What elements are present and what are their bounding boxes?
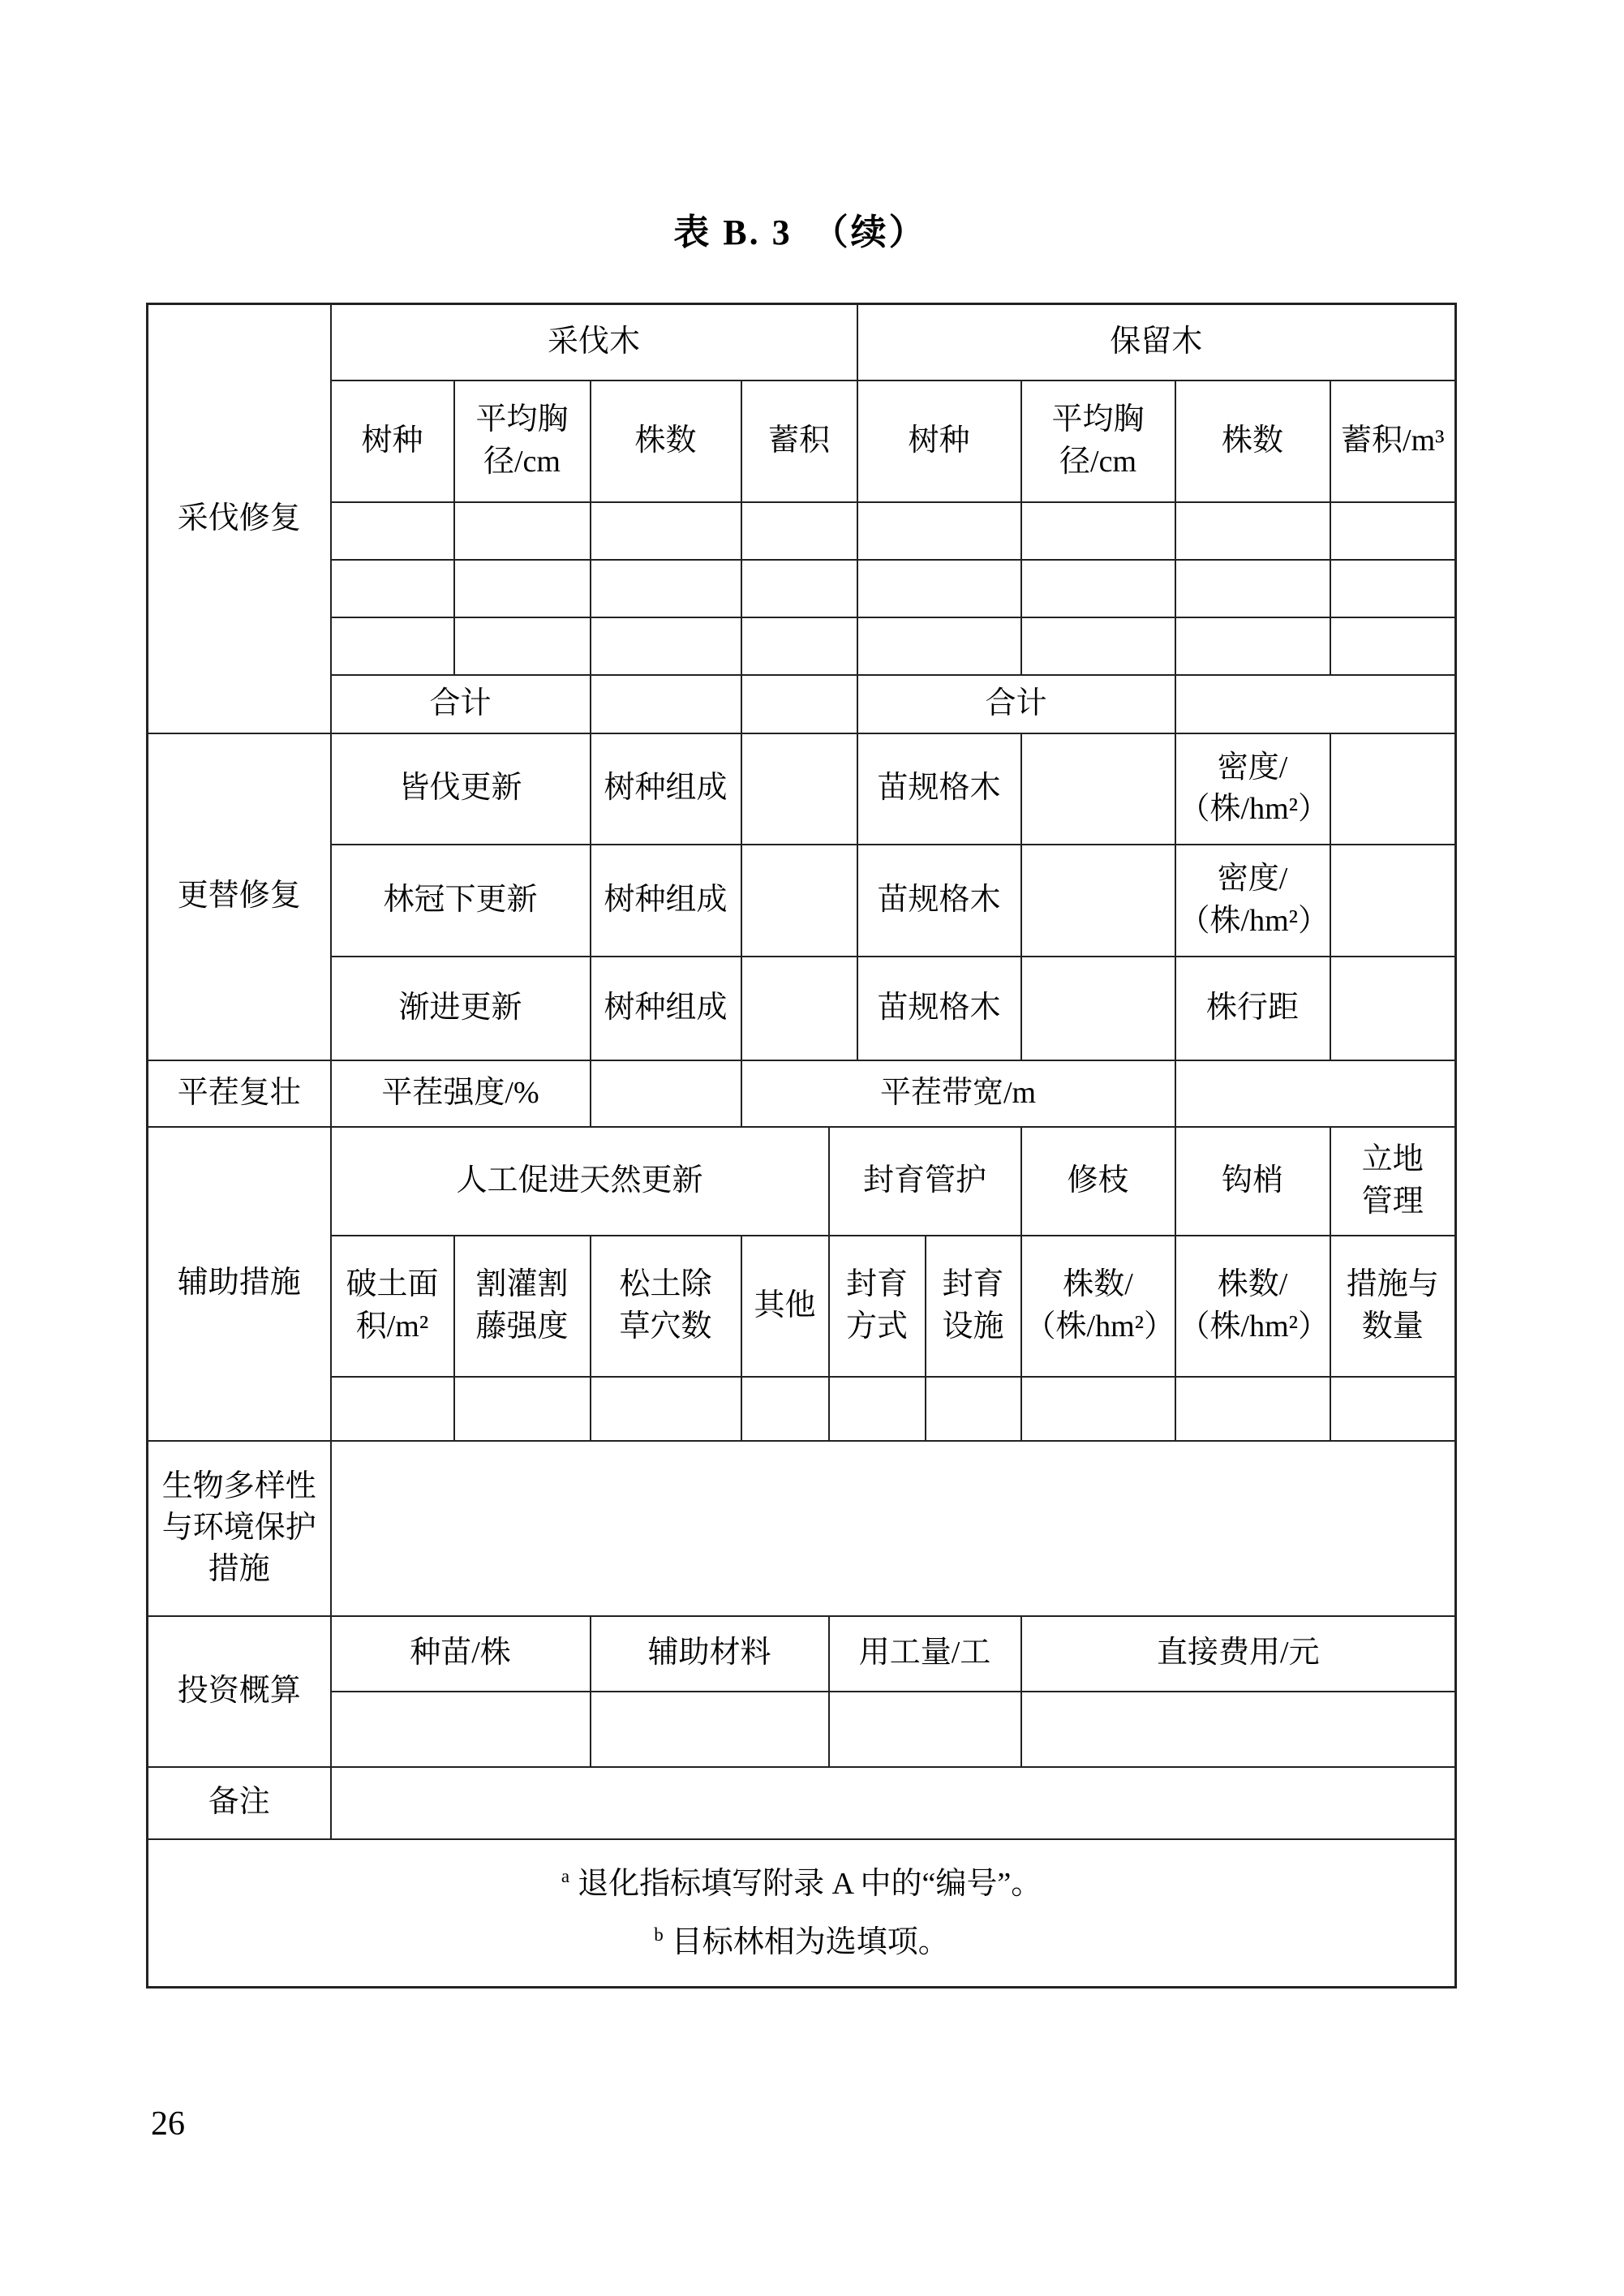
empty-cell	[741, 1377, 829, 1441]
header-row-groups: 采伐修复 采伐木 保留木	[148, 304, 1456, 381]
empty-cell	[857, 617, 1021, 675]
footnote-b-text: 目标林相为选填项。	[672, 1925, 949, 1959]
replace-row-gradual: 渐进更新 树种组成 苗规格木 株行距	[148, 957, 1456, 1060]
empty-cell	[1175, 502, 1330, 560]
footnotes-row: a退化指标填写附录 A 中的“编号”。 b目标林相为选填项。	[148, 1839, 1456, 1988]
col-header-species-retained: 树种	[857, 381, 1021, 502]
section-label-coppicing: 平茬复壮	[148, 1060, 331, 1127]
empty-cell	[1175, 675, 1456, 733]
empty-cell	[1021, 560, 1175, 617]
col-direct-cost: 直接费用/元	[1021, 1616, 1456, 1692]
sub-col-shrub-vine-cutting: 割灌割 藤强度	[454, 1236, 591, 1377]
empty-cell	[1330, 560, 1456, 617]
density-label: 密度/ （株/hm²）	[1175, 733, 1330, 845]
species-composition-label: 树种组成	[591, 845, 741, 957]
empty-cell	[591, 502, 741, 560]
empty-cell	[591, 1377, 741, 1441]
col-header-volume-felled: 蓄积	[741, 381, 857, 502]
col-header-count-retained: 株数	[1175, 381, 1330, 502]
group-header-retained-trees: 保留木	[857, 304, 1456, 381]
group-site-management: 立地 管理	[1330, 1127, 1456, 1236]
replace-row-clearcut: 更替修复 皆伐更新 树种组成 苗规格木 密度/ （株/hm²）	[148, 733, 1456, 845]
empty-cell	[741, 675, 857, 733]
coppicing-row: 平茬复壮 平茬强度/% 平茬带宽/m	[148, 1060, 1456, 1127]
empty-cell	[591, 675, 741, 733]
empty-cell	[331, 1767, 1456, 1839]
page-number: 26	[151, 2105, 185, 2143]
replace-mode: 林冠下更新	[331, 845, 591, 957]
replace-mode: 皆伐更新	[331, 733, 591, 845]
empty-cell	[741, 560, 857, 617]
empty-cell	[1021, 617, 1175, 675]
form-table: 采伐修复 采伐木 保留木 树种 平均胸 径/cm 株数 蓄积 树种 平均胸 径/…	[146, 303, 1457, 1989]
species-composition-label: 树种组成	[591, 733, 741, 845]
empty-cell	[1175, 1060, 1456, 1127]
empty-cell	[1330, 845, 1456, 957]
group-natural-regeneration: 人工促进天然更新	[331, 1127, 829, 1236]
sub-col-fencing-facility: 封育 设施	[926, 1236, 1021, 1377]
empty-cell	[1021, 1377, 1175, 1441]
coppice-bandwidth-label: 平茬带宽/m	[741, 1060, 1175, 1127]
header-row-columns: 树种 平均胸 径/cm 株数 蓄积 树种 平均胸 径/cm 株数 蓄积/m³	[148, 381, 1456, 502]
harvest-data-row	[148, 617, 1456, 675]
col-labor-amount: 用工量/工	[829, 1616, 1021, 1692]
section-label-replace-repair: 更替修复	[148, 733, 331, 1060]
col-header-avg-dbh-retained: 平均胸 径/cm	[1021, 381, 1175, 502]
col-header-avg-dbh-felled: 平均胸 径/cm	[454, 381, 591, 502]
col-header-volume-m3-retained: 蓄积/m³	[1330, 381, 1456, 502]
replace-row-undercanopy: 林冠下更新 树种组成 苗规格木 密度/ （株/hm²）	[148, 845, 1456, 957]
coppice-strength-label: 平茬强度/%	[331, 1060, 591, 1127]
sub-col-loosening-weeding-holes: 松土除 草穴数	[591, 1236, 741, 1377]
total-label-felled: 合计	[331, 675, 591, 733]
seedling-spec-label: 苗规格木	[857, 845, 1021, 957]
empty-cell	[1021, 502, 1175, 560]
empty-cell	[591, 617, 741, 675]
col-header-count-felled: 株数	[591, 381, 741, 502]
empty-cell	[454, 617, 591, 675]
empty-cell	[1175, 617, 1330, 675]
document-page: 表 B. 3 （续） 采伐修复 采伐木 保留木 树种 平均胸 径/cm 株数 蓄…	[0, 0, 1624, 2296]
empty-cell	[857, 502, 1021, 560]
empty-cell	[1021, 957, 1175, 1060]
sub-col-hooking-count: 株数/ （株/hm²）	[1175, 1236, 1330, 1377]
empty-cell	[741, 617, 857, 675]
footnote-b: b目标林相为选填项。	[152, 1913, 1451, 1971]
empty-cell	[1330, 502, 1456, 560]
empty-cell	[1175, 560, 1330, 617]
col-auxiliary-materials: 辅助材料	[591, 1616, 829, 1692]
harvest-data-row	[148, 502, 1456, 560]
empty-cell	[331, 1441, 1456, 1616]
replace-mode: 渐进更新	[331, 957, 591, 1060]
group-top-hooking: 钩梢	[1175, 1127, 1330, 1236]
empty-cell	[331, 502, 454, 560]
section-label-investment: 投资概算	[148, 1616, 331, 1767]
empty-cell	[741, 845, 857, 957]
empty-cell	[331, 560, 454, 617]
empty-cell	[1175, 1377, 1330, 1441]
empty-cell	[1021, 733, 1175, 845]
empty-cell	[829, 1692, 1021, 1767]
col-seedlings-per-plant: 种苗/株	[331, 1616, 591, 1692]
species-composition-label: 树种组成	[591, 957, 741, 1060]
empty-cell	[1021, 1692, 1456, 1767]
investment-header-row: 投资概算 种苗/株 辅助材料 用工量/工 直接费用/元	[148, 1616, 1456, 1692]
empty-cell	[1021, 845, 1175, 957]
sub-col-fencing-method: 封育 方式	[829, 1236, 926, 1377]
sub-col-pruning-count: 株数/ （株/hm²）	[1021, 1236, 1175, 1377]
empty-cell	[591, 1060, 741, 1127]
harvest-data-row	[148, 560, 1456, 617]
group-header-felled-trees: 采伐木	[331, 304, 857, 381]
footnotes-cell: a退化指标填写附录 A 中的“编号”。 b目标林相为选填项。	[148, 1839, 1456, 1988]
empty-cell	[926, 1377, 1021, 1441]
empty-cell	[454, 1377, 591, 1441]
empty-cell	[331, 1692, 591, 1767]
empty-cell	[741, 502, 857, 560]
auxiliary-subheader-row: 破土面 积/m² 割灌割 藤强度 松土除 草穴数 其他 封育 方式 封育 设施 …	[148, 1236, 1456, 1377]
empty-cell	[591, 560, 741, 617]
total-row: 合计 合计	[148, 675, 1456, 733]
empty-cell	[1330, 1377, 1456, 1441]
biodiversity-row: 生物多样性 与环境保护 措施	[148, 1441, 1456, 1616]
investment-data-row	[148, 1692, 1456, 1767]
sub-col-soil-breaking-area: 破土面 积/m²	[331, 1236, 454, 1377]
footnote-a-marker: a	[561, 1866, 569, 1886]
section-label-harvest-repair: 采伐修复	[148, 304, 331, 733]
empty-cell	[331, 617, 454, 675]
auxiliary-data-row	[148, 1377, 1456, 1441]
seedling-spec-label: 苗规格木	[857, 957, 1021, 1060]
col-header-species-felled: 树种	[331, 381, 454, 502]
empty-cell	[1330, 957, 1456, 1060]
footnote-a-text: 退化指标填写附录 A 中的“编号”。	[578, 1867, 1042, 1901]
empty-cell	[829, 1377, 926, 1441]
sub-col-other: 其他	[741, 1236, 829, 1377]
empty-cell	[454, 560, 591, 617]
seedling-spec-label: 苗规格木	[857, 733, 1021, 845]
density-label: 密度/ （株/hm²）	[1175, 845, 1330, 957]
empty-cell	[591, 1692, 829, 1767]
footnote-b-marker: b	[654, 1924, 664, 1945]
empty-cell	[741, 957, 857, 1060]
table-title: 表 B. 3 （续）	[146, 203, 1454, 255]
plant-spacing-label: 株行距	[1175, 957, 1330, 1060]
section-label-biodiversity: 生物多样性 与环境保护 措施	[148, 1441, 331, 1616]
section-label-auxiliary: 辅助措施	[148, 1127, 331, 1441]
group-fencing-protection: 封育管护	[829, 1127, 1021, 1236]
remarks-row: 备注	[148, 1767, 1456, 1839]
empty-cell	[1330, 617, 1456, 675]
group-pruning: 修枝	[1021, 1127, 1175, 1236]
section-label-remarks: 备注	[148, 1767, 331, 1839]
empty-cell	[857, 560, 1021, 617]
total-label-retained: 合计	[857, 675, 1175, 733]
auxiliary-group-row: 辅助措施 人工促进天然更新 封育管护 修枝 钩梢 立地 管理	[148, 1127, 1456, 1236]
empty-cell	[454, 502, 591, 560]
footnote-a: a退化指标填写附录 A 中的“编号”。	[152, 1855, 1451, 1913]
empty-cell	[1330, 733, 1456, 845]
empty-cell	[331, 1377, 454, 1441]
sub-col-measures-quantity: 措施与 数量	[1330, 1236, 1456, 1377]
empty-cell	[741, 733, 857, 845]
